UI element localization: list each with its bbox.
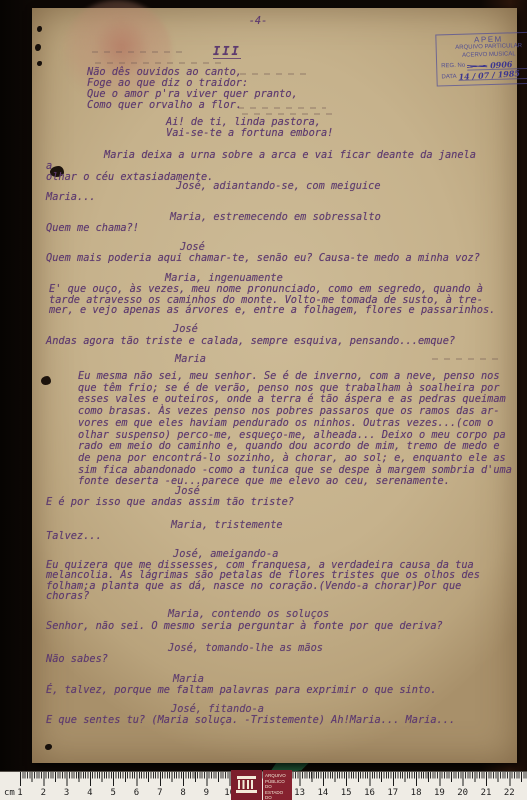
ruler-number: 9 [204,787,209,799]
pencil-dash-mark [95,62,225,64]
poem-refrain: Ai! de ti, linda pastora, Vai-se-te a fo… [166,117,333,139]
measurement-ruler: cm 1 2 3 4 5 6 7 8 9 10 13 14 15 16 17 1… [0,771,527,800]
ink-speck [45,744,52,750]
ruler-number: 6 [134,787,139,799]
character-cue: José [173,324,198,335]
ruler-number: 13 [294,787,305,799]
ruler-number: 4 [87,787,92,799]
dialogue-speech: Eu mesma não sei, meu senhor. Se é de in… [78,371,512,488]
dialogue-speech: Quem mais poderia aqui chamar-te, senão … [46,253,480,264]
section-heading: III [213,46,241,59]
ruler-number: 16 [364,787,375,799]
pencil-dash-mark [432,358,502,360]
ruler-number: 7 [157,787,162,799]
ruler-number: 22 [504,787,515,799]
stamp-date-row: DATA 14 / 07 / 1985 [437,70,527,82]
dialogue-speech: Maria... [46,192,96,203]
stage-direction: Maria deixa a urna sobre a arca e vai fi… [46,150,486,184]
archive-logo-text: ARQUIVO PÚBLICO DO ESTADO DO MARANHÃO [265,773,290,798]
stamp-reg-value: 0906 [490,59,513,68]
classical-building-icon [236,776,257,793]
ruler-number: 21 [481,787,492,799]
ruler-number: 18 [411,787,422,799]
dialogue-speech: Quem me chama?! [46,223,139,234]
ruler-number: 20 [457,787,468,799]
character-cue: Maria [175,354,206,365]
dialogue-speech: E' que ouço, às vezes, meu nome pronunci… [49,284,495,316]
dialogue-speech: Eu quizera que me dissesses, com franque… [46,560,480,602]
ruler-unit-label: cm [4,787,15,799]
dialogue-speech: E é por isso que andas assim tão triste? [46,497,294,508]
ink-speck [37,26,42,32]
character-cue: Maria, ingenuamente [165,273,283,284]
character-cue: Maria, estremecendo em sobressalto [170,212,381,223]
ruler-number: 19 [434,787,445,799]
document-page: -4- APEM ARQUIVO PARTICULAR ACERVO MUSIC… [32,8,517,763]
stamp-reg-label: REG. No [441,63,465,71]
archive-logo-square [231,770,262,800]
dialogue-speech: Talvez... [46,531,102,542]
page-number: -4- [236,16,280,27]
ruler-number: 8 [180,787,185,799]
ruler-number: 1 [17,787,22,799]
dialogue-speech: Senhor, não sei. O mesmo seria perguntar… [46,621,443,632]
archive-stamp: APEM ARQUIVO PARTICULAR ACERVO MUSICAL R… [435,32,527,87]
ink-speck [37,61,42,66]
scribble-mark [467,63,487,70]
ruler-number: 3 [64,787,69,799]
ruler-number: 14 [317,787,328,799]
character-cue: José, ameigando-a [173,549,278,560]
ruler-number: 5 [110,787,115,799]
dialogue-speech: E que sentes tu? (Maria soluça. -Tristem… [46,715,455,726]
character-cue: Maria [173,674,204,685]
ruler-number: 17 [387,787,398,799]
character-cue: José [175,486,200,497]
character-cue: José, fitando-a [171,704,264,715]
ink-speck [35,44,41,51]
ruler-number: 2 [41,787,46,799]
character-cue: José, adiantando-se, com meiguice [176,181,381,192]
archive-logo-text-square: ARQUIVO PÚBLICO DO ESTADO DO MARANHÃO [263,770,292,800]
pencil-dash-mark [242,113,334,115]
ruler-number: 15 [341,787,352,799]
dialogue-speech: Andas agora tão triste e calada, sempre … [46,336,455,347]
character-cue: Maria, tristemente [171,520,283,531]
ink-blot [41,376,51,385]
character-cue: José, tomando-lhe as mãos [168,643,323,654]
stamp-date-value: 14 / 07 / 1985 [458,69,520,81]
pencil-dash-mark [92,51,188,53]
stamp-date-label: DATA [441,73,456,81]
poem-stanza: Não dês ouvidos ao canto, Foge ao que di… [87,67,298,111]
dialogue-speech: Não sabes? [46,654,108,665]
character-cue: Maria, contendo os soluços [168,609,329,620]
dialogue-speech: É, talvez, porque me faltam palavras par… [46,685,437,696]
archive-photo-background: -4- APEM ARQUIVO PARTICULAR ACERVO MUSIC… [0,0,527,800]
character-cue: José [180,242,205,253]
